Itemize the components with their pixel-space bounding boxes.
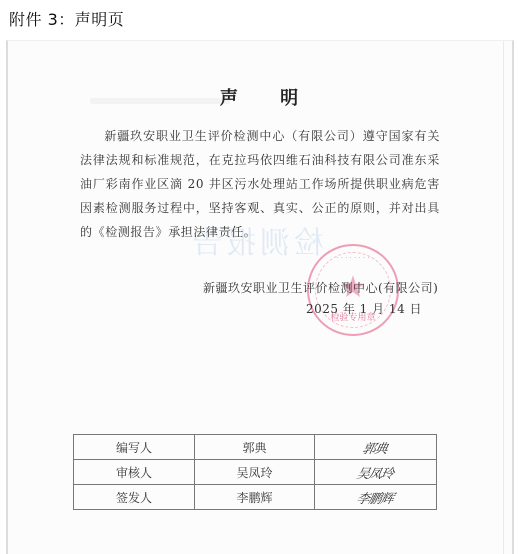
role-cell: 审核人 (74, 460, 195, 485)
seal-arc-text: · · · · · · · · (309, 254, 397, 262)
declaration-body: 新疆玖安职业卫生评价检测中心（有限公司）遵守国家有关法律法规和标准规范，在克拉玛… (80, 124, 440, 244)
name-cell: 郭典 (195, 435, 315, 460)
signature-cell: 吴凤玲 (315, 460, 437, 485)
table-row: 编写人 郭典 郭典 (74, 435, 437, 460)
handwritten-signature: 郭典 (361, 438, 389, 457)
table-row: 审核人 吴凤玲 吴凤玲 (74, 460, 437, 485)
table-row: 签发人 李鹏辉 李鹏辉 (74, 485, 437, 510)
signature-cell: 郭典 (315, 435, 437, 460)
role-cell: 签发人 (74, 485, 195, 510)
signoff-organization: 新疆玖安职业卫生评价检测中心(有限公司) (203, 279, 438, 296)
name-cell: 李鹏辉 (195, 485, 315, 510)
handwritten-signature: 李鹏辉 (355, 488, 395, 507)
attachment-caption: 附件 3：声明页 (9, 7, 124, 30)
handwritten-signature: 吴凤玲 (355, 463, 395, 482)
page-edge-line (503, 41, 504, 554)
role-cell: 编写人 (74, 435, 195, 460)
signature-table: 编写人 郭典 郭典 审核人 吴凤玲 吴凤玲 签发人 李鹏辉 李鹏辉 (73, 434, 437, 510)
signoff-date: 2025 年 1 月 14 日 (306, 300, 422, 317)
declaration-text: 新疆玖安职业卫生评价检测中心（有限公司）遵守国家有关法律法规和标准规范，在克拉玛… (80, 129, 440, 239)
signature-cell: 李鹏辉 (315, 485, 437, 510)
page-title: 声 明 (0, 84, 518, 110)
name-cell: 吴凤玲 (195, 460, 315, 485)
